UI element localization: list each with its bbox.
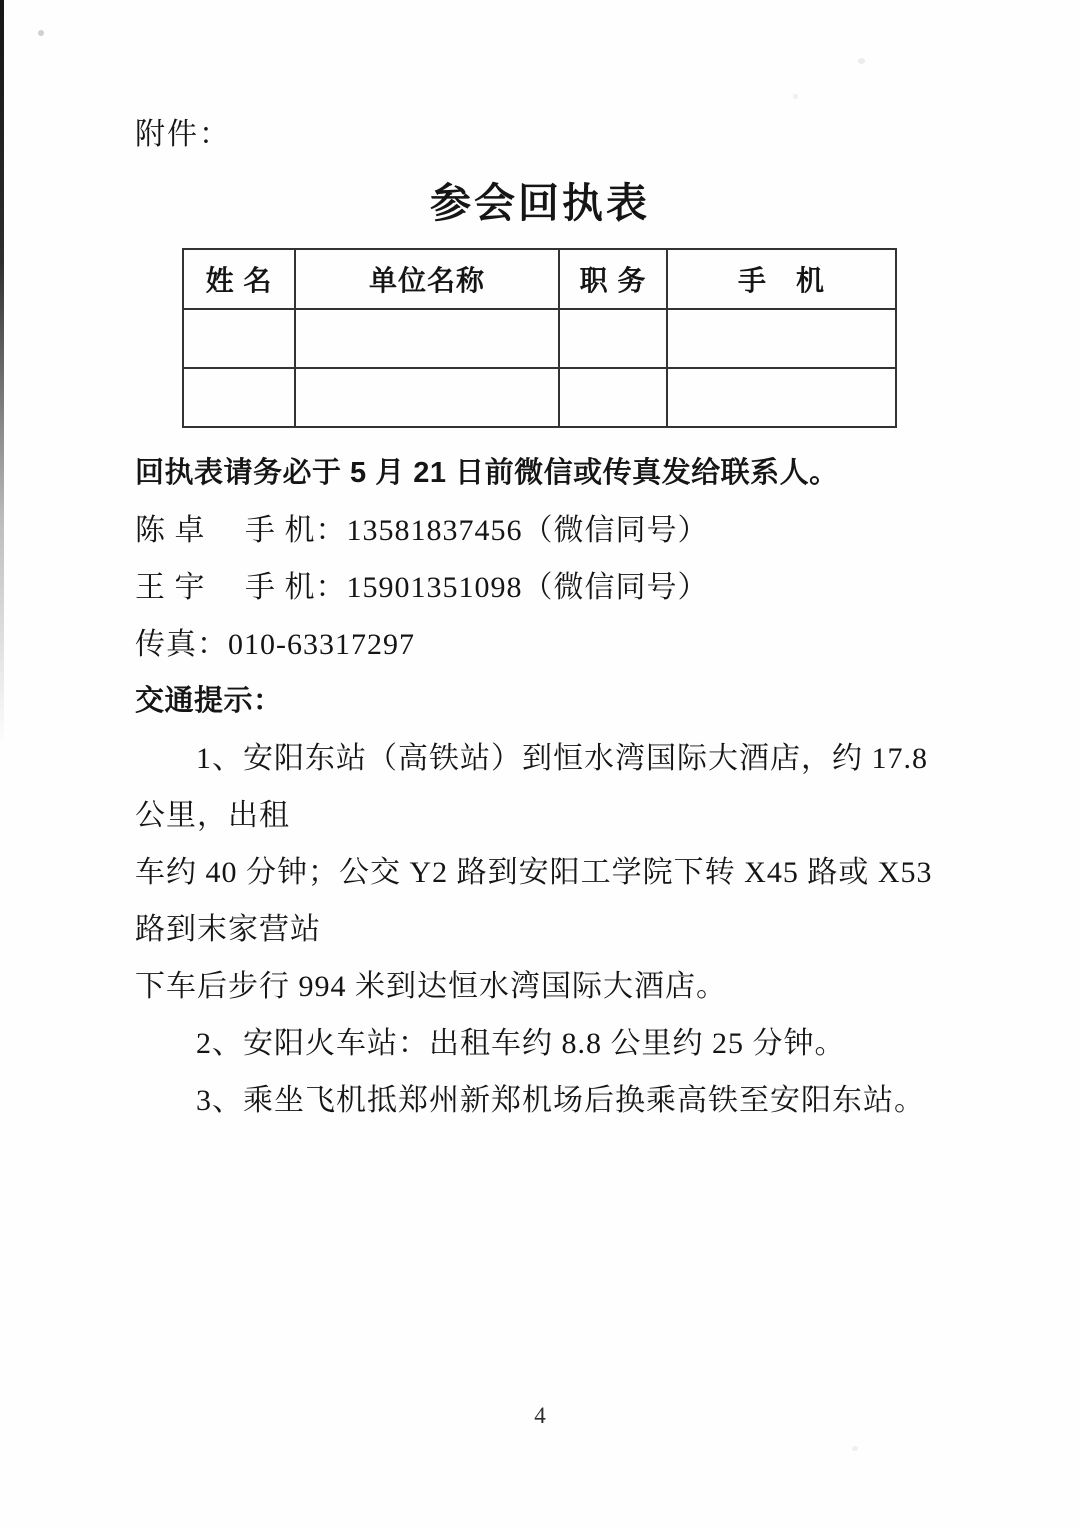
scan-speck xyxy=(852,1446,858,1451)
traffic-item1-line1: 1、安阳东站（高铁站）到恒水湾国际大酒店，约 17.8 公里，出租 xyxy=(135,730,945,844)
traffic-tips-heading: 交通提示： xyxy=(135,673,945,730)
table-cell xyxy=(295,309,559,368)
table-cell xyxy=(667,309,896,368)
traffic-item2: 2、安阳火车站：出租车约 8.8 公里约 25 分钟。 xyxy=(135,1015,945,1072)
contact-line-wangyu: 王 宇 手 机：15901351098（微信同号） xyxy=(135,559,945,616)
header-cell-org: 单位名称 xyxy=(295,249,559,309)
scanned-document-page: 附件： 参会回执表 姓 名 单位名称 职 务 手 机 xyxy=(0,0,1080,1527)
table-row xyxy=(183,309,896,368)
table-cell xyxy=(667,368,896,427)
scan-speck xyxy=(858,58,865,64)
scan-speck xyxy=(38,30,44,36)
attachment-label: 附件： xyxy=(135,113,945,157)
traffic-item1-line3: 下车后步行 994 米到达恒水湾国际大酒店。 xyxy=(135,958,945,1015)
table-cell xyxy=(295,368,559,427)
scan-speck xyxy=(793,94,798,99)
table-row xyxy=(183,368,896,427)
table-cell xyxy=(559,309,667,368)
traffic-item1-line2: 车约 40 分钟；公交 Y2 路到安阳工学院下转 X45 路或 X53 路到末家… xyxy=(135,844,945,958)
reply-form-table: 姓 名 单位名称 职 务 手 机 xyxy=(182,248,897,428)
table-header-row: 姓 名 单位名称 职 务 手 机 xyxy=(183,249,896,309)
header-cell-name: 姓 名 xyxy=(183,249,295,309)
page-number: 4 xyxy=(0,1403,1080,1429)
table-cell xyxy=(183,309,295,368)
traffic-item3: 3、乘坐飞机抵郑州新郑机场后换乘高铁至安阳东站。 xyxy=(135,1072,945,1129)
table-cell xyxy=(559,368,667,427)
header-cell-phone: 手 机 xyxy=(667,249,896,309)
fax-line: 传真：010-63317297 xyxy=(135,616,945,673)
document-content: 附件： 参会回执表 姓 名 单位名称 职 务 手 机 xyxy=(0,0,1080,1129)
scan-edge-artifact xyxy=(0,0,4,745)
table-cell xyxy=(183,368,295,427)
contact-line-chenzhuo: 陈 卓 手 机：13581837456（微信同号） xyxy=(135,502,945,559)
deadline-notice: 回执表请务必于 5 月 21 日前微信或传真发给联系人。 xyxy=(135,445,945,502)
page-title: 参会回执表 xyxy=(135,179,945,227)
header-cell-title: 职 务 xyxy=(559,249,667,309)
notice-section: 回执表请务必于 5 月 21 日前微信或传真发给联系人。 陈 卓 手 机：135… xyxy=(135,445,945,1129)
